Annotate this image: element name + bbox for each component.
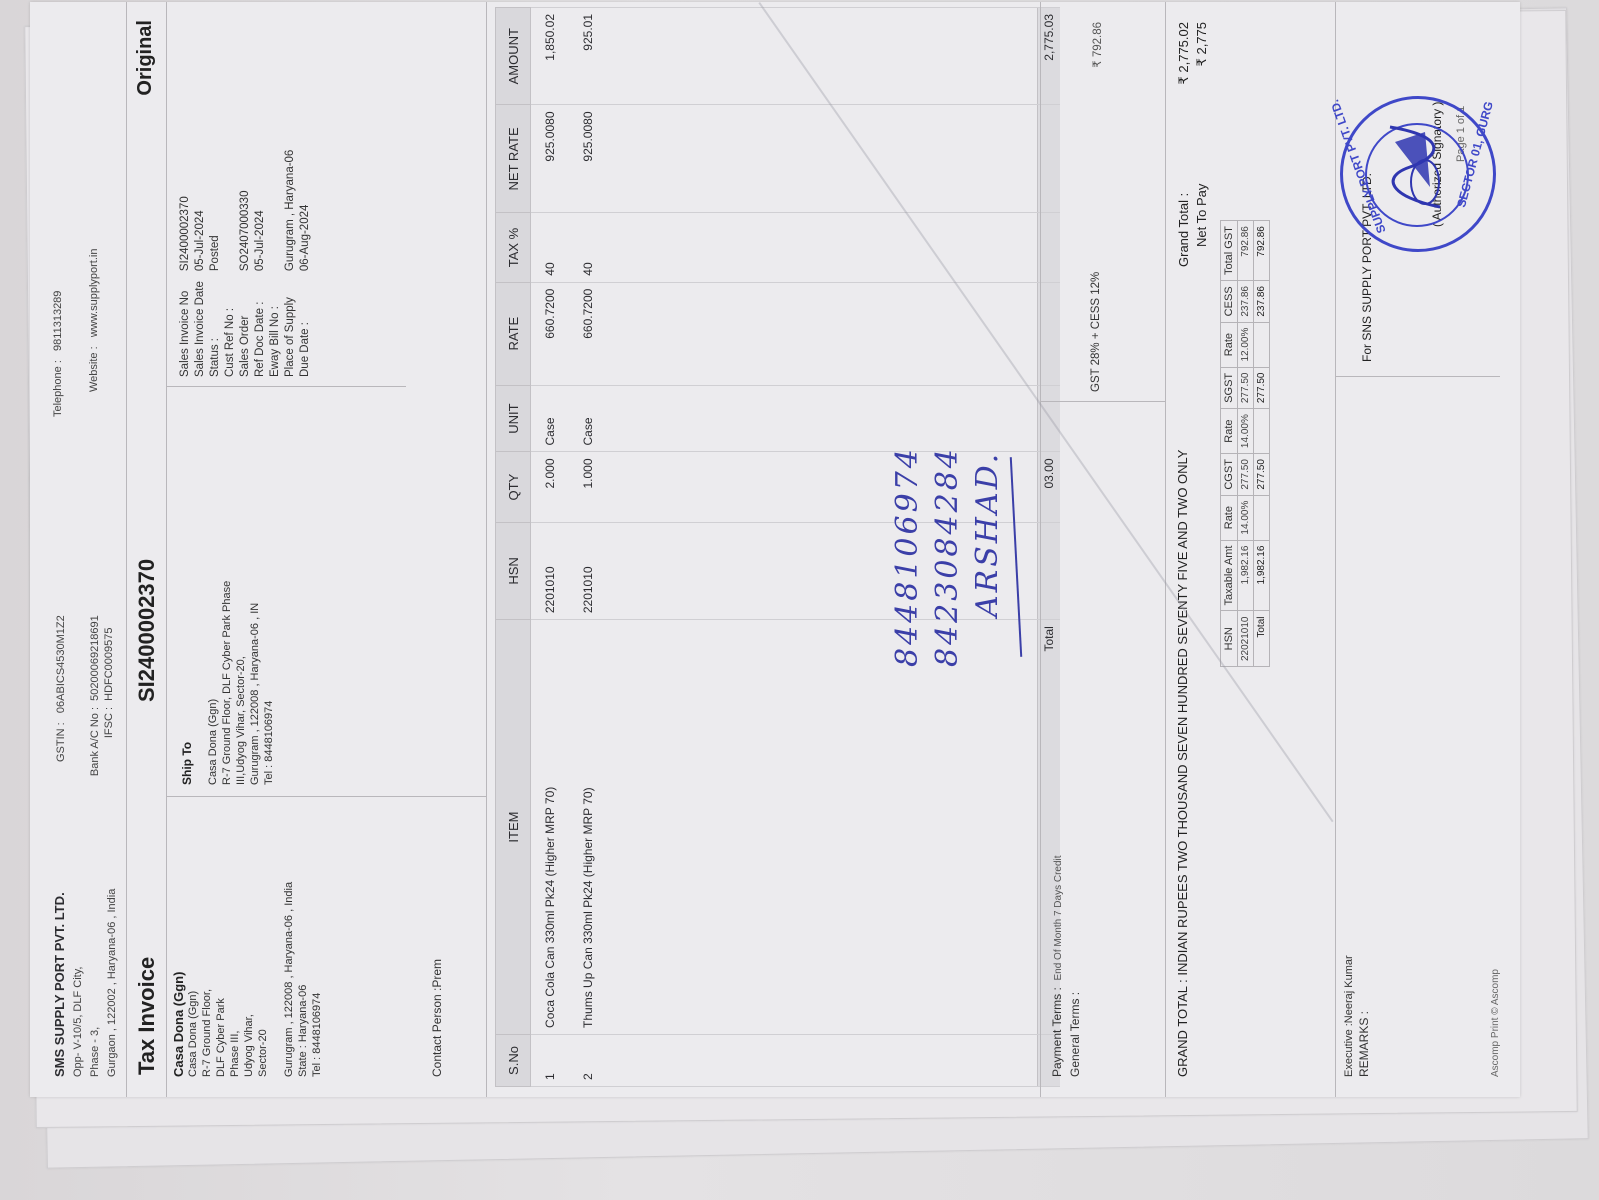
handwritten-phone-2: 8423084284: [930, 446, 965, 667]
seller-telephone: Telephone : 9811313289: [52, 291, 64, 417]
grand-total-value: ₹ 2,775.02: [1175, 22, 1193, 85]
meta-row: Sales OrderSO2407000330: [238, 140, 253, 377]
meta-label: Sales Order: [238, 271, 253, 377]
divider: [1335, 376, 1500, 377]
table-cell: 660.7200: [531, 282, 570, 385]
meta-row: Cust Ref No :: [223, 140, 238, 377]
table-cell: 1: [531, 1034, 570, 1086]
table-cell: 2.000: [531, 452, 570, 522]
table-cell: Thums Up Can 330ml Pk24 (Higher MRP 70): [569, 620, 607, 1035]
divider: [166, 796, 486, 797]
divider: [1040, 2, 1041, 1097]
meta-row: Eway Bill No :: [268, 140, 283, 377]
grand-total-label: Grand Total :: [1175, 193, 1193, 267]
gst-column-header: Rate: [1221, 409, 1238, 454]
meta-value: Posted: [208, 140, 223, 271]
meta-value: 05-Jul-2024: [253, 140, 268, 271]
column-header: S.No: [496, 1034, 531, 1086]
divider: [166, 2, 167, 1097]
gst-summary-table: HSNTaxable AmtRateCGSTRateSGSTRateCESSTo…: [1220, 220, 1270, 667]
divider: [486, 2, 487, 1097]
table-cell: 660.7200: [569, 282, 607, 385]
meta-label: Ref Doc Date :: [253, 271, 268, 377]
handwritten-name: ARSHAD.: [970, 451, 1005, 617]
copy-label: Original: [134, 20, 157, 96]
meta-value: SI2400002370: [178, 140, 193, 271]
gst-column-header: CESS: [1221, 281, 1238, 323]
net-to-pay-value: ₹ 2,775: [1193, 22, 1211, 66]
divider: [1040, 401, 1165, 402]
meta-row: Sales Invoice Date05-Jul-2024: [193, 140, 208, 377]
meta-row: Place of SupplyGurugram , Haryana-06: [283, 140, 298, 377]
gst-row: 220210101,982.1614.00%277.5014.00%277.50…: [1238, 221, 1254, 667]
meta-label: Status :: [208, 271, 223, 377]
gst-amount: ₹ 792.86: [1090, 22, 1104, 68]
column-header: NET RATE: [496, 105, 531, 213]
meta-label: Place of Supply: [283, 271, 298, 377]
table-cell: 2201010: [569, 522, 607, 619]
gst-column-header: SGST: [1221, 367, 1238, 409]
gst-column-header: Total GST: [1221, 221, 1238, 281]
payment-terms: Payment Terms : End Of Month 7 Days Cred…: [1048, 855, 1068, 1077]
contact-person: Contact Person :Prem: [430, 959, 444, 1077]
column-header: ITEM: [496, 620, 531, 1035]
table-cell: 2201010: [531, 522, 570, 619]
meta-value: 05-Jul-2024: [193, 140, 208, 271]
column-header: UNIT: [496, 385, 531, 452]
meta-value: SO2407000330: [238, 140, 253, 271]
general-terms: General Terms :: [1066, 992, 1084, 1077]
meta-label: Sales Invoice No: [178, 271, 193, 377]
column-header: HSN: [496, 522, 531, 619]
gst-column-header: Taxable Amt: [1221, 540, 1238, 611]
net-to-pay-label: Net To Pay: [1193, 184, 1211, 247]
gst-total-row: Total1,982.16277.50277.50237.86792.86: [1254, 221, 1270, 667]
table-cell: 40: [531, 213, 570, 282]
meta-value: [223, 140, 238, 271]
column-header: TAX %: [496, 213, 531, 282]
table-cell: 1,850.02: [531, 8, 570, 106]
gst-column-header: Rate: [1221, 322, 1238, 367]
handwritten-phone-1: 8448106974: [890, 446, 925, 667]
gst-column-header: CGST: [1221, 454, 1238, 496]
meta-row: Status :Posted: [208, 140, 223, 377]
gst-note: GST 28% + CESS 12%: [1090, 272, 1102, 392]
divider: [1165, 2, 1166, 1097]
meta-value: 06-Aug-2024: [298, 140, 313, 271]
seller-name: SMS SUPPLY PORT PVT. LTD.: [52, 892, 67, 1077]
gst-column-header: HSN: [1221, 611, 1238, 667]
divider: [166, 386, 406, 387]
meta-row: Ref Doc Date :05-Jul-2024: [253, 140, 268, 377]
table-row: 2Thums Up Can 330ml Pk24 (Higher MRP 70)…: [569, 8, 607, 1087]
table-row: 1Coca Cola Can 330ml Pk24 (Higher MRP 70…: [531, 8, 570, 1087]
ship-to: Ship To Casa Dona (Ggn) R-7 Ground Floor…: [180, 581, 276, 785]
invoice-meta: Sales Invoice NoSI2400002370Sales Invoic…: [178, 140, 313, 377]
print-credit: Ascomp Print © Ascomp: [1490, 969, 1501, 1077]
table-cell: 925.0080: [569, 105, 607, 213]
signature-icon: [1370, 117, 1460, 217]
table-cell: Case: [569, 385, 607, 452]
table-cell: 2: [569, 1034, 607, 1086]
table-cell: 925.0080: [531, 105, 570, 213]
bill-to: Casa Dona (Ggn) Casa Dona (Ggn) R-7 Grou…: [172, 882, 324, 1077]
invoice-number: SI2400002370: [134, 559, 160, 702]
meta-row: Sales Invoice NoSI2400002370: [178, 140, 193, 377]
meta-label: Cust Ref No :: [223, 271, 238, 377]
table-cell: 40: [569, 213, 607, 282]
meta-label: Sales Invoice Date: [193, 271, 208, 377]
column-header: RATE: [496, 282, 531, 385]
gst-column-header: Rate: [1221, 495, 1238, 540]
meta-value: [268, 140, 283, 271]
document-title: Tax Invoice: [134, 957, 160, 1075]
table-cell: Case: [531, 385, 570, 452]
table-cell: 1.000: [569, 452, 607, 522]
seller-bank: Bank A/C No : 50200069218691 IFSC : HDFC…: [88, 615, 116, 797]
meta-row: Due Date :06-Aug-2024: [298, 140, 313, 377]
column-header: QTY: [496, 452, 531, 522]
meta-label: Eway Bill No :: [268, 271, 283, 377]
table-cell: Coca Cola Can 330ml Pk24 (Higher MRP 70): [531, 620, 570, 1035]
column-header: AMOUNT: [496, 8, 531, 106]
seller-gstin: GSTIN : 06ABICS4530M1Z2: [55, 615, 67, 762]
divider: [1335, 2, 1336, 1097]
seller-address: Opp- V-10/5, DLF City, Phase - 3, Gurgao…: [70, 889, 121, 1077]
table-cell: 925.01: [569, 8, 607, 106]
meta-value: Gurugram , Haryana-06: [283, 140, 298, 271]
tax-invoice-page: SMS SUPPLY PORT PVT. LTD. Opp- V-10/5, D…: [30, 2, 1520, 1097]
remarks-label: REMARKS :: [1355, 1011, 1373, 1077]
amount-in-words: GRAND TOTAL : INDIAN RUPEES TWO THOUSAND…: [1175, 277, 1191, 1077]
meta-label: Due Date :: [298, 271, 313, 377]
seller-website: Website : www.supplyport.in: [88, 249, 100, 392]
divider: [126, 2, 127, 1097]
